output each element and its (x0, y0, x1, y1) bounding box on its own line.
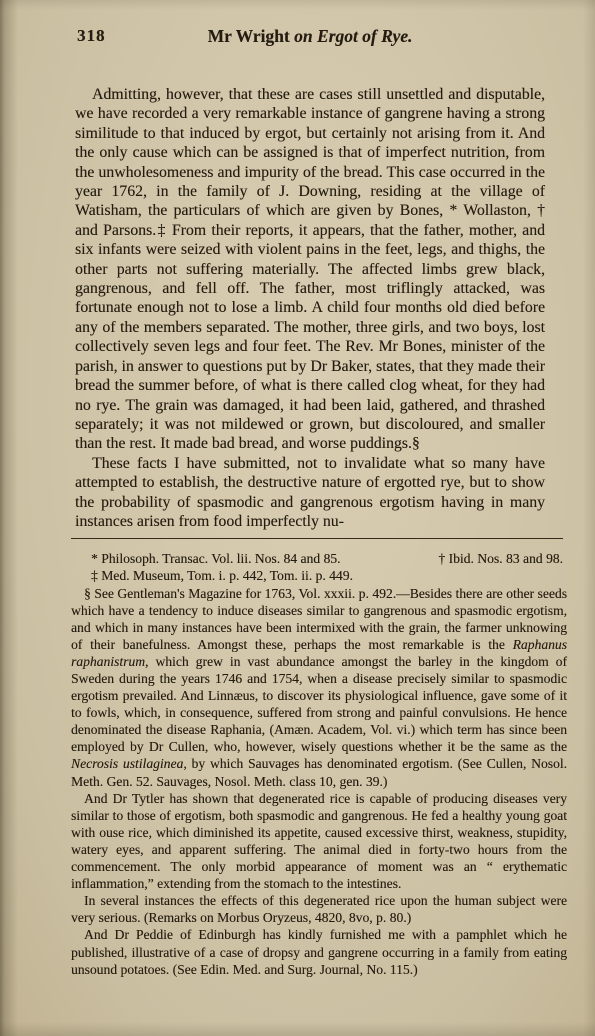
paragraph: § See Gentleman's Magazine for 1763, Vol… (71, 585, 567, 790)
footnote-asterisk: * Philosoph. Transac. Vol. lii. Nos. 84 … (91, 550, 341, 567)
paragraph: And Dr Tytler has shown that degenerated… (71, 790, 567, 893)
page-header: 318 Mr Wright on Ergot of Rye. (0, 0, 595, 48)
paragraph: And Dr Peddie of Edinburgh has kindly fu… (71, 926, 567, 977)
running-title-author: Mr Wright (208, 26, 295, 46)
footnote-line-1: * Philosoph. Transac. Vol. lii. Nos. 84 … (71, 550, 567, 567)
body-text: Admitting, however, that these are cases… (75, 85, 545, 531)
paragraph: In several instances the effects of this… (71, 892, 567, 926)
footnotes: * Philosoph. Transac. Vol. lii. Nos. 84 … (71, 550, 567, 977)
paragraph: Admitting, however, that these are cases… (75, 85, 545, 454)
page-number: 318 (77, 26, 106, 46)
paragraph: These facts I have submitted, not to inv… (75, 454, 545, 532)
running-title-subject: on Ergot of Rye. (294, 26, 412, 46)
footnote-paragraphs: § See Gentleman's Magazine for 1763, Vol… (71, 585, 567, 978)
book-page: 318 Mr Wright on Ergot of Rye. Admitting… (0, 0, 595, 1036)
running-title: Mr Wright on Ergot of Rye. (75, 26, 545, 47)
footnote-double-dagger: ‡ Med. Museum, Tom. i. p. 442, Tom. ii. … (71, 567, 567, 584)
footnote-dagger: † Ibid. Nos. 83 and 98. (438, 550, 563, 567)
footnote-rule (71, 538, 563, 539)
